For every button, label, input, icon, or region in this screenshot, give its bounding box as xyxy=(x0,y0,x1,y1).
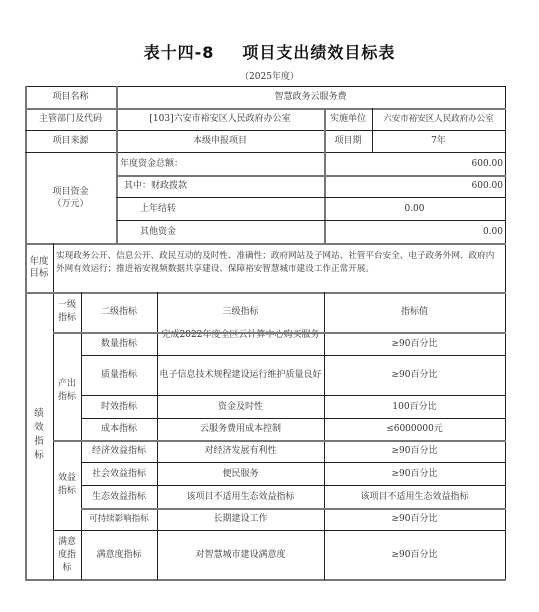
row-value: ≥90百分比 xyxy=(324,332,505,355)
performance-label-chars: 绩效指标 xyxy=(34,407,44,463)
row-value: 100百分比 xyxy=(324,395,505,418)
divider xyxy=(324,292,325,580)
divider xyxy=(53,530,506,531)
header-level3: 三级指标 xyxy=(157,292,324,332)
source-value: 本级申报项目 xyxy=(116,130,324,152)
divider xyxy=(25,243,506,245)
performance-section-label: 绩效指标 xyxy=(25,400,53,470)
row-l3: 电子信息技术规程建设运行维护质量良好 xyxy=(157,355,324,395)
divider xyxy=(157,292,158,580)
divider xyxy=(81,292,82,580)
period-label: 项目期 xyxy=(324,130,372,152)
row-l3: 便民服务 xyxy=(157,462,324,485)
funds-label-line2: （万元） xyxy=(52,198,88,210)
header-value: 指标值 xyxy=(324,292,505,332)
document-title: 表十四-8项目支出绩效目标表 xyxy=(0,40,539,63)
dept-label: 主管部门及代码 xyxy=(25,108,116,130)
row-l2: 社会效益指标 xyxy=(81,462,157,485)
divider xyxy=(116,175,506,177)
divider xyxy=(81,418,506,419)
group-satisfaction-text: 满意度指标 xyxy=(57,536,77,575)
table-border-bottom xyxy=(25,579,506,581)
table-border-top xyxy=(25,86,506,87)
row-l2: 满意度指标 xyxy=(81,530,157,580)
row-value: ≥90百分比 xyxy=(324,462,505,485)
row-l2: 可持续影响指标 xyxy=(81,508,157,530)
row-l3: 对智慧城市建设满意度 xyxy=(157,530,324,580)
dept-value: [103]六安市裕安区人民政府办公室 xyxy=(116,108,324,130)
funds-total-value: 600.00 xyxy=(324,152,505,175)
divider xyxy=(372,108,373,152)
funds-label-line1: 项目资金 xyxy=(52,186,88,198)
row-l2: 成本指标 xyxy=(81,418,157,440)
goal-label: 年度 目标 xyxy=(25,243,53,292)
funds-carryover-label: 上年结转 xyxy=(116,197,324,220)
divider xyxy=(116,220,506,221)
header-level1-text: 一级指标 xyxy=(57,299,77,325)
goal-text: 实现政务公开、信息公开、政民互动的及时性、准确性；政府网站及子网站、社管平台安全… xyxy=(53,250,505,278)
group-output-text: 产出指标 xyxy=(57,378,77,404)
row-l2: 质量指标 xyxy=(81,355,157,395)
row-l2: 数量指标 xyxy=(81,332,157,355)
row-value: ≥90百分比 xyxy=(324,440,505,462)
divider xyxy=(53,440,506,442)
row-l3: 该项目不适用生态效益指标 xyxy=(157,485,324,508)
divider xyxy=(25,152,506,153)
fiscal-year: （2025年度） xyxy=(0,69,539,82)
funds-total-label: 年度资金总额： xyxy=(116,152,324,175)
divider xyxy=(81,485,506,486)
row-l2: 时效指标 xyxy=(81,395,157,418)
divider xyxy=(81,462,506,463)
funds-carryover-value: 0.00 xyxy=(324,197,505,220)
period-value: 7年 xyxy=(372,130,505,152)
divider xyxy=(81,355,506,356)
project-name-value: 智慧政务云服务费 xyxy=(116,86,505,108)
header-level2: 二级指标 xyxy=(81,292,157,332)
divider xyxy=(81,508,506,510)
impl-unit-value: 六安市裕安区人民政府办公室 xyxy=(372,108,505,130)
divider xyxy=(53,332,506,334)
row-l2: 生态效益指标 xyxy=(81,485,157,508)
divider xyxy=(25,108,506,110)
divider xyxy=(25,130,506,131)
row-value: ≥90百分比 xyxy=(324,355,505,395)
row-value: ≥90百分比 xyxy=(324,508,505,530)
funds-label: 项目资金 （万元） xyxy=(25,152,116,243)
funds-other-label: 其他资金 xyxy=(116,220,324,243)
funds-other-value: 0.00 xyxy=(324,220,505,243)
group-benefit-label: 效益指标 xyxy=(53,440,81,530)
goal-label-line2: 目标 xyxy=(29,268,48,280)
row-l3: 长期建设工作 xyxy=(157,508,324,530)
source-label: 项目来源 xyxy=(25,130,116,152)
group-benefit-text: 效益指标 xyxy=(57,472,77,498)
table-title: 项目支出绩效目标表 xyxy=(242,43,395,62)
row-value: 该项目不适用生态效益指标 xyxy=(324,485,505,508)
divider xyxy=(81,395,506,396)
row-value: ≥90百分比 xyxy=(324,530,505,580)
group-satisfaction-label: 满意度指标 xyxy=(53,530,81,580)
divider xyxy=(25,292,506,294)
funds-fiscal-label: 其中：财政拨款 xyxy=(116,175,324,197)
header-level1: 一级指标 xyxy=(53,292,81,332)
divider xyxy=(116,197,506,198)
row-l3: 云服务费用成本控制 xyxy=(157,418,324,440)
goal-label-line1: 年度 xyxy=(29,256,48,268)
table-number: 表十四-8 xyxy=(144,43,215,62)
row-l2: 经济效益指标 xyxy=(81,440,157,462)
funds-fiscal-value: 600.00 xyxy=(324,175,505,197)
row-value: ≤6000000元 xyxy=(324,418,505,440)
project-name-label: 项目名称 xyxy=(25,86,116,108)
row-l3: 对经济发展有利性 xyxy=(157,440,324,462)
impl-unit-label: 实施单位 xyxy=(324,108,372,130)
group-output-label: 产出指标 xyxy=(53,332,81,440)
row-l3: 资金及时性 xyxy=(157,395,324,418)
table-border-left xyxy=(25,86,27,581)
